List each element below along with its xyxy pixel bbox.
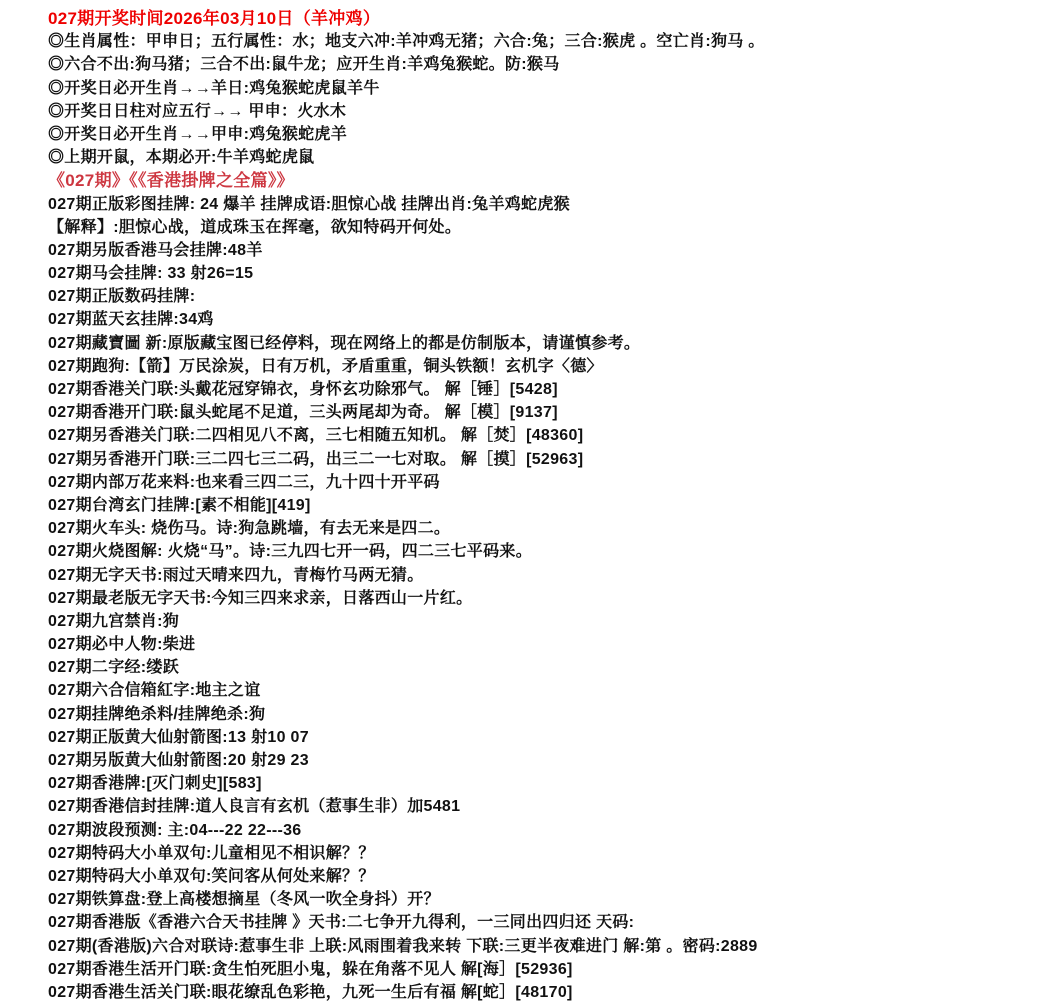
- text-line-17: 027期香港关门联:头戴花冠穿锦衣，身怀玄功除邪气。 解［锤］[5428]: [48, 378, 1040, 401]
- text-line-40: 027期香港版《香港六合天书挂牌 》天书:二七争开九得利，一三同出四归还 天码:: [48, 911, 1040, 934]
- text-line-37: 027期特码大小单双句:儿童相见不相识解？？: [48, 842, 1040, 865]
- text-line-27: 027期九宫禁肖:狗: [48, 610, 1040, 633]
- text-line-31: 027期挂牌绝杀料/挂牌绝杀:狗: [48, 703, 1040, 726]
- text-line-10: 【解释】:胆惊心战，道成珠玉在挥毫，欲知特码开何处。: [48, 216, 1040, 239]
- text-line-34: 027期香港牌:[灭门刺史][583]: [48, 772, 1040, 795]
- text-line-39: 027期铁算盘:登上高楼想摘星（冬风一吹全身抖）开？: [48, 888, 1040, 911]
- text-line-4: ◎开奖日必开生肖→→羊日:鸡兔猴蛇虎鼠羊牛: [48, 77, 1040, 100]
- text-lines: 027期开奖时间2026年03月10日（羊冲鸡）◎生肖属性：甲申日；五行属性：水…: [48, 7, 1040, 1004]
- text-line-21: 027期内部万花来料:也来看三四二三，九十四十开平码: [48, 471, 1040, 494]
- text-line-11: 027期另版香港马会挂牌:48羊: [48, 239, 1040, 262]
- text-line-18: 027期香港开门联:鼠头蛇尾不足道，三头两尾却为奇。 解［模］[9137]: [48, 401, 1040, 424]
- text-line-29: 027期二字经:缕跃: [48, 656, 1040, 679]
- text-line-14: 027期蓝天玄挂牌:34鸡: [48, 308, 1040, 331]
- text-line-15: 027期藏寶圖 新:原版藏宝图已经停料，现在网络上的都是仿制版本，请谨慎参考。: [48, 332, 1040, 355]
- text-line-3: ◎六合不出:狗马猪；三合不出:鼠牛龙；应开生肖:羊鸡兔猴蛇。防:猴马: [48, 53, 1040, 76]
- text-line-26: 027期最老版无字天书:今知三四来求亲，日落西山一片红。: [48, 587, 1040, 610]
- text-line-23: 027期火车头: 烧伤马。诗:狗急跳墙，有去无来是四二。: [48, 517, 1040, 540]
- lottery-info-page: 027期开奖时间2026年03月10日（羊冲鸡）◎生肖属性：甲申日；五行属性：水…: [0, 0, 1048, 1008]
- text-line-16: 027期跑狗:【箭】万民涂炭，日有万机，矛盾重重，铜头铁额！玄机字〈德〉: [48, 355, 1040, 378]
- text-line-2: ◎生肖属性：甲申日；五行属性：水；地支六冲:羊冲鸡无猪；六合:兔；三合:猴虎 。…: [48, 30, 1040, 53]
- text-line-20: 027期另香港开门联:三二四七三二码，出三二一七对取。 解［摸］[52963]: [48, 448, 1040, 471]
- text-line-30: 027期六合信箱紅字:地主之谊: [48, 679, 1040, 702]
- text-line-32: 027期正版黄大仙射箭图:13 射10 07: [48, 726, 1040, 749]
- text-line-33: 027期另版黄大仙射箭图:20 射29 23: [48, 749, 1040, 772]
- text-line-6: ◎开奖日必开生肖→→甲申:鸡兔猴蛇虎羊: [48, 123, 1040, 146]
- text-line-19: 027期另香港关门联:二四相见八不离，三七相随五知机。 解［焚］[48360]: [48, 424, 1040, 447]
- text-line-25: 027期无字天书:雨过天晴来四九，青梅竹马两无猜。: [48, 564, 1040, 587]
- text-line-12: 027期马会挂牌: 33 射26=15: [48, 262, 1040, 285]
- text-line-9: 027期正版彩图挂牌: 24 爆羊 挂牌成语:胆惊心战 挂牌出肖:兔羊鸡蛇虎猴: [48, 193, 1040, 216]
- text-line-43: 027期香港生活关门联:眼花缭乱色彩艳，九死一生后有福 解[蛇］[48170]: [48, 981, 1040, 1004]
- text-line-22: 027期台湾玄门挂牌:[素不相能][419]: [48, 494, 1040, 517]
- text-line-24: 027期火烧图解: 火烧“马”。诗:三九四七开一码，四二三七平码来。: [48, 540, 1040, 563]
- text-line-36: 027期波段预测: 主:04---22 22---36: [48, 819, 1040, 842]
- text-line-7: ◎上期开鼠，本期必开:牛羊鸡蛇虎鼠: [48, 146, 1040, 169]
- text-line-41: 027期(香港版)六合对联诗:惹事生非 上联:风雨围着我来转 下联:三更半夜难进…: [48, 935, 1040, 958]
- text-line-13: 027期正版数码挂牌:: [48, 285, 1040, 308]
- text-line-42: 027期香港生活开门联:贪生怕死胆小鬼，躲在角落不见人 解[海］[52936]: [48, 958, 1040, 981]
- text-line-5: ◎开奖日日柱对应五行→→ 甲申：火水木: [48, 100, 1040, 123]
- text-line-35: 027期香港信封挂牌:道人良言有玄机（惹事生非）加5481: [48, 795, 1040, 818]
- text-line-38: 027期特码大小单双句:笑问客从何处来解？？: [48, 865, 1040, 888]
- section-heading: 《027期》《《香港掛牌之全篇》》: [48, 169, 1040, 192]
- page-title: 027期开奖时间2026年03月10日（羊冲鸡）: [48, 7, 1040, 30]
- text-line-28: 027期必中人物:柴进: [48, 633, 1040, 656]
